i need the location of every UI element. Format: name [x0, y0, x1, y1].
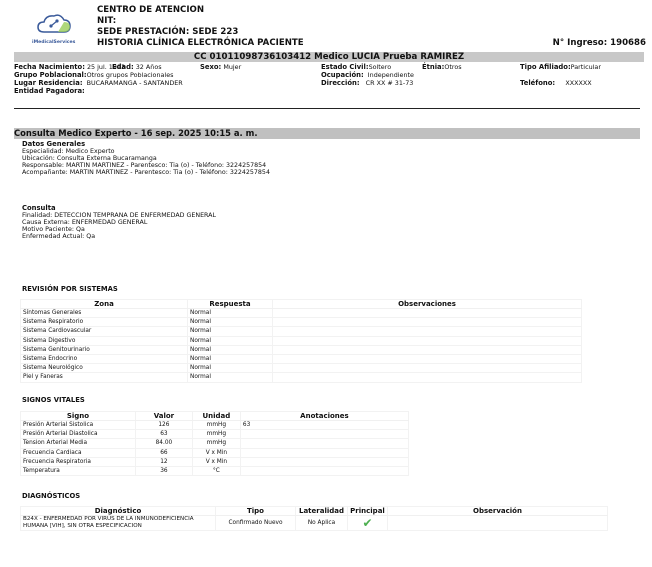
valor-cell: 63: [135, 430, 192, 439]
signos-table: Signo Valor Unidad Anotaciones Presión A…: [20, 411, 409, 476]
grupo-label: Grupo Poblacional:: [14, 71, 87, 79]
valor-cell: 36: [135, 466, 192, 475]
diagnosticos-title: DIAGNÓSTICOS: [22, 492, 80, 500]
unidad-cell: mmHg: [192, 439, 240, 448]
tipo-afiliado-field: Tipo Afiliado:Particular: [520, 63, 601, 71]
table-row: Piel y FanerasNormal: [21, 373, 582, 382]
col-valor: Valor: [135, 412, 192, 421]
diagnostico-line: B24X - ENFERMEDAD POR VIRUS DE LA INMUNO…: [23, 516, 213, 523]
table-row: Presión Arterial Sistolica126mmHg63: [21, 421, 409, 430]
direccion-field: Dirección: CR XX # 31-73: [321, 79, 413, 87]
signo-cell: Frecuencia Respiratoria: [21, 457, 136, 466]
zona-cell: Piel y Faneras: [21, 373, 188, 382]
anotaciones-cell: 63: [240, 421, 408, 430]
respuesta-cell: Normal: [188, 345, 273, 354]
zona-cell: Sistema Endocrino: [21, 354, 188, 363]
tipo-afiliado-label: Tipo Afiliado:: [520, 63, 571, 71]
datos-line: Acompañante: MARTIN MARTINEZ - Parentesc…: [22, 169, 270, 176]
col-respuesta: Respuesta: [188, 300, 273, 309]
observaciones-cell: [273, 345, 582, 354]
observaciones-cell: [273, 373, 582, 382]
col-unidad: Unidad: [192, 412, 240, 421]
estado-civil-field: Estado Civil:Soltero: [321, 63, 391, 71]
revision-title: REVISIÓN POR SISTEMAS: [22, 285, 118, 293]
sexo-label: Sexo:: [200, 63, 221, 71]
imedical-logo: iMedicalServices: [24, 10, 94, 50]
table-row: Presión Arterial Diastolica63mmHg: [21, 430, 409, 439]
table-row: Sistema NeurológicoNormal: [21, 364, 582, 373]
cloud-logo-icon: [24, 10, 94, 40]
datos-generales-title: Datos Generales: [22, 140, 270, 148]
sexo-field: Sexo: Mujer: [200, 63, 241, 71]
telefono-field: Teléfono: XXXXXX: [520, 79, 592, 87]
col-observaciones: Observaciones: [273, 300, 582, 309]
observaciones-cell: [273, 336, 582, 345]
observaciones-cell: [273, 327, 582, 336]
ocupacion-label: Ocupación:: [321, 71, 364, 79]
diagnosticos-table: Diagnóstico Tipo Lateralidad Principal O…: [20, 506, 608, 531]
table-row: Frecuencia Respiratoria12V x Min: [21, 457, 409, 466]
estado-civil-label: Estado Civil:: [321, 63, 369, 71]
table-row: Sistema RespiratorioNormal: [21, 318, 582, 327]
ocupacion-value: Independiente: [368, 71, 414, 79]
table-row: Sistema CardiovascularNormal: [21, 327, 582, 336]
respuesta-cell: Normal: [188, 354, 273, 363]
anotaciones-cell: [240, 430, 408, 439]
anotaciones-cell: [240, 448, 408, 457]
residencia-label: Lugar Residencia:: [14, 79, 83, 87]
edad-field: Edad: 32 Años: [112, 63, 162, 71]
datos-line: Responsable: MARTIN MARTINEZ - Parentesc…: [22, 162, 270, 169]
document-title: HISTORIA CLÍNICA ELECTRÓNICA PACIENTE: [97, 38, 304, 48]
valor-cell: 84.00: [135, 439, 192, 448]
signos-title: SIGNOS VITALES: [22, 396, 85, 404]
fecha-nacimiento-label: Fecha Nacimiento:: [14, 63, 85, 71]
col-signo: Signo: [21, 412, 136, 421]
col-principal: Principal: [348, 507, 388, 516]
entidad-label: Entidad Pagadora:: [14, 87, 85, 95]
direccion-label: Dirección:: [321, 79, 360, 87]
telefono-value: XXXXXX: [565, 79, 591, 87]
sede-prestacion: SEDE PRESTACIÓN: SEDE 223: [97, 27, 238, 37]
datos-generales-section: Datos Generales Especialidad: Medico Exp…: [22, 140, 270, 176]
entidad-pagadora-field: Entidad Pagadora:: [14, 87, 85, 95]
lateralidad-cell: No Aplica: [296, 516, 348, 531]
observaciones-cell: [273, 318, 582, 327]
unidad-cell: mmHg: [192, 421, 240, 430]
respuesta-cell: Normal: [188, 309, 273, 318]
unidad-cell: V x Min: [192, 448, 240, 457]
lugar-residencia-field: Lugar Residencia: BUCARAMANGA - SANTANDE…: [14, 79, 183, 87]
grupo-poblacional-field: Grupo Poblacional:Otros grupos Poblacion…: [14, 71, 173, 79]
respuesta-cell: Normal: [188, 318, 273, 327]
revision-table: Zona Respuesta Observaciones Síntomas Ge…: [20, 299, 582, 383]
observaciones-cell: [273, 354, 582, 363]
table-row: Frecuencia Cardiaca66V x Min: [21, 448, 409, 457]
diagnostico-line: HUMANA [VIH], SIN OTRA ESPECIFICACION: [23, 523, 213, 530]
direccion-value: CR XX # 31-73: [366, 79, 414, 87]
signo-cell: Frecuencia Cardiaca: [21, 448, 136, 457]
anotaciones-cell: [240, 466, 408, 475]
consulta-section: Consulta Finalidad: DETECCION TEMPRANA D…: [22, 204, 216, 240]
anotaciones-cell: [240, 439, 408, 448]
col-zona: Zona: [21, 300, 188, 309]
consulta-line: Motivo Paciente: Qa: [22, 226, 216, 233]
unidad-cell: °C: [192, 466, 240, 475]
etnia-value: Otros: [444, 63, 461, 71]
col-lateralidad: Lateralidad: [296, 507, 348, 516]
signo-cell: Tension Arterial Media: [21, 439, 136, 448]
table-row: Síntomas GeneralesNormal: [21, 309, 582, 318]
col-tipo: Tipo: [216, 507, 296, 516]
patient-banner: CC 01011098736103412 Medico LUCIA Prueba…: [14, 52, 644, 62]
center-name: CENTRO DE ATENCION: [97, 5, 204, 15]
observaciones-cell: [273, 364, 582, 373]
section-divider: [14, 108, 640, 109]
estado-civil-value: Soltero: [369, 63, 392, 71]
ocupacion-field: Ocupación: Independiente: [321, 71, 414, 79]
signo-cell: Presión Arterial Diastolica: [21, 430, 136, 439]
table-row: Tension Arterial Media84.00mmHg: [21, 439, 409, 448]
tipo-cell: Confirmado Nuevo: [216, 516, 296, 531]
unidad-cell: mmHg: [192, 430, 240, 439]
table-row: Sistema DigestivoNormal: [21, 336, 582, 345]
col-anotaciones: Anotaciones: [240, 412, 408, 421]
fecha-nacimiento-field: Fecha Nacimiento: 25 jul. 1993: [14, 63, 125, 71]
datos-line: Especialidad: Medico Experto: [22, 148, 270, 155]
residencia-value: BUCARAMANGA - SANTANDER: [87, 79, 183, 87]
valor-cell: 126: [135, 421, 192, 430]
logo-text: iMedicalServices: [24, 40, 94, 45]
respuesta-cell: Normal: [188, 364, 273, 373]
unidad-cell: V x Min: [192, 457, 240, 466]
signo-cell: Presión Arterial Sistolica: [21, 421, 136, 430]
respuesta-cell: Normal: [188, 327, 273, 336]
observaciones-cell: [273, 309, 582, 318]
zona-cell: Sistema Digestivo: [21, 336, 188, 345]
ingreso-number: N° Ingreso: 190686: [553, 38, 646, 48]
zona-cell: Sistema Respiratorio: [21, 318, 188, 327]
zona-cell: Sistema Cardiovascular: [21, 327, 188, 336]
telefono-label: Teléfono:: [520, 79, 555, 87]
consulta-line: Causa Externa: ENFERMEDAD GENERAL: [22, 219, 216, 226]
diagnostico-cell: B24X - ENFERMEDAD POR VIRUS DE LA INMUNO…: [21, 516, 216, 531]
col-diagnostico: Diagnóstico: [21, 507, 216, 516]
consulta-line: Enfermedad Actual: Qa: [22, 233, 216, 240]
table-row: Sistema EndocrinoNormal: [21, 354, 582, 363]
table-row: Temperatura36°C: [21, 466, 409, 475]
datos-line: Ubicación: Consulta Externa Bucaramanga: [22, 155, 270, 162]
check-icon: ✔: [362, 516, 372, 530]
anotaciones-cell: [240, 457, 408, 466]
respuesta-cell: Normal: [188, 373, 273, 382]
tipo-afiliado-value: Particular: [571, 63, 601, 71]
sexo-value: Mujer: [223, 63, 241, 71]
respuesta-cell: Normal: [188, 336, 273, 345]
consulta-title: Consulta: [22, 204, 216, 212]
zona-cell: Sistema Genitourinario: [21, 345, 188, 354]
consulta-line: Finalidad: DETECCION TEMPRANA DE ENFERME…: [22, 212, 216, 219]
signo-cell: Temperatura: [21, 466, 136, 475]
edad-label: Edad:: [112, 63, 134, 71]
col-observacion: Observación: [388, 507, 608, 516]
consulta-banner: Consulta Medico Experto - 16 sep. 2025 1…: [14, 128, 640, 139]
etnia-field: Étnia:Otros: [422, 63, 462, 71]
observacion-cell: [388, 516, 608, 531]
edad-value: 32 Años: [136, 63, 162, 71]
zona-cell: Síntomas Generales: [21, 309, 188, 318]
table-row: Sistema GenitourinarioNormal: [21, 345, 582, 354]
nit-label: NIT:: [97, 16, 116, 26]
valor-cell: 66: [135, 448, 192, 457]
table-row: B24X - ENFERMEDAD POR VIRUS DE LA INMUNO…: [21, 516, 608, 531]
grupo-value: Otros grupos Poblacionales: [87, 71, 174, 79]
valor-cell: 12: [135, 457, 192, 466]
zona-cell: Sistema Neurológico: [21, 364, 188, 373]
principal-cell: ✔: [348, 516, 388, 531]
etnia-label: Étnia:: [422, 63, 444, 71]
